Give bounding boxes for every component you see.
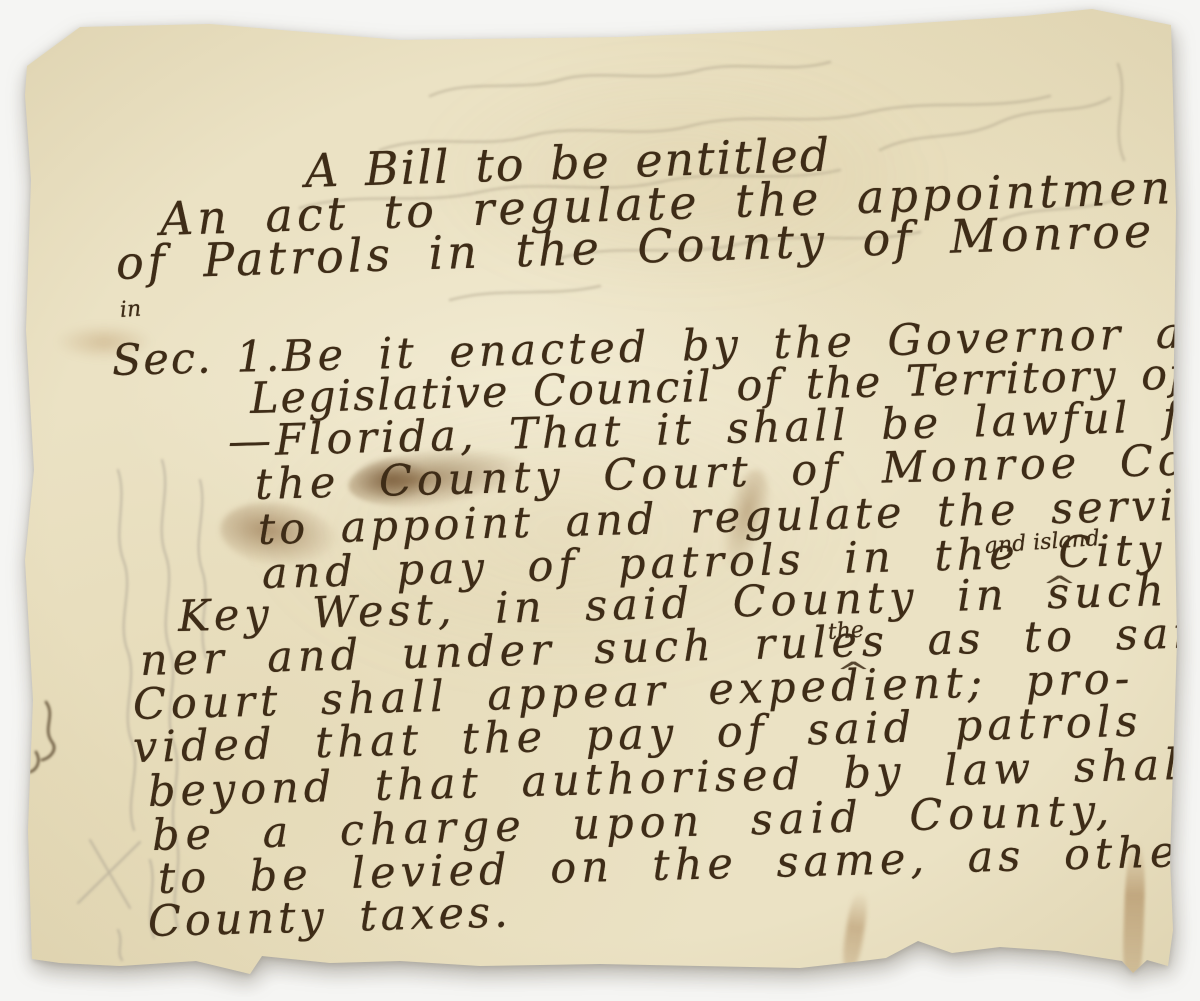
- paper-shadow-wrap: A Bill to be entitled An act to regulate…: [0, 0, 1200, 1001]
- manuscript-page: A Bill to be entitled An act to regulate…: [0, 0, 1200, 1001]
- scan-backdrop: A Bill to be entitled An act to regulate…: [0, 0, 1200, 1001]
- caret-mark: ^: [1042, 574, 1077, 600]
- manuscript-line: County taxes.: [147, 891, 512, 944]
- caret-mark: ^: [836, 660, 871, 686]
- insertion-the: the: [827, 620, 864, 644]
- ink-flourish: [30, 702, 54, 772]
- margin-note: in: [119, 299, 142, 322]
